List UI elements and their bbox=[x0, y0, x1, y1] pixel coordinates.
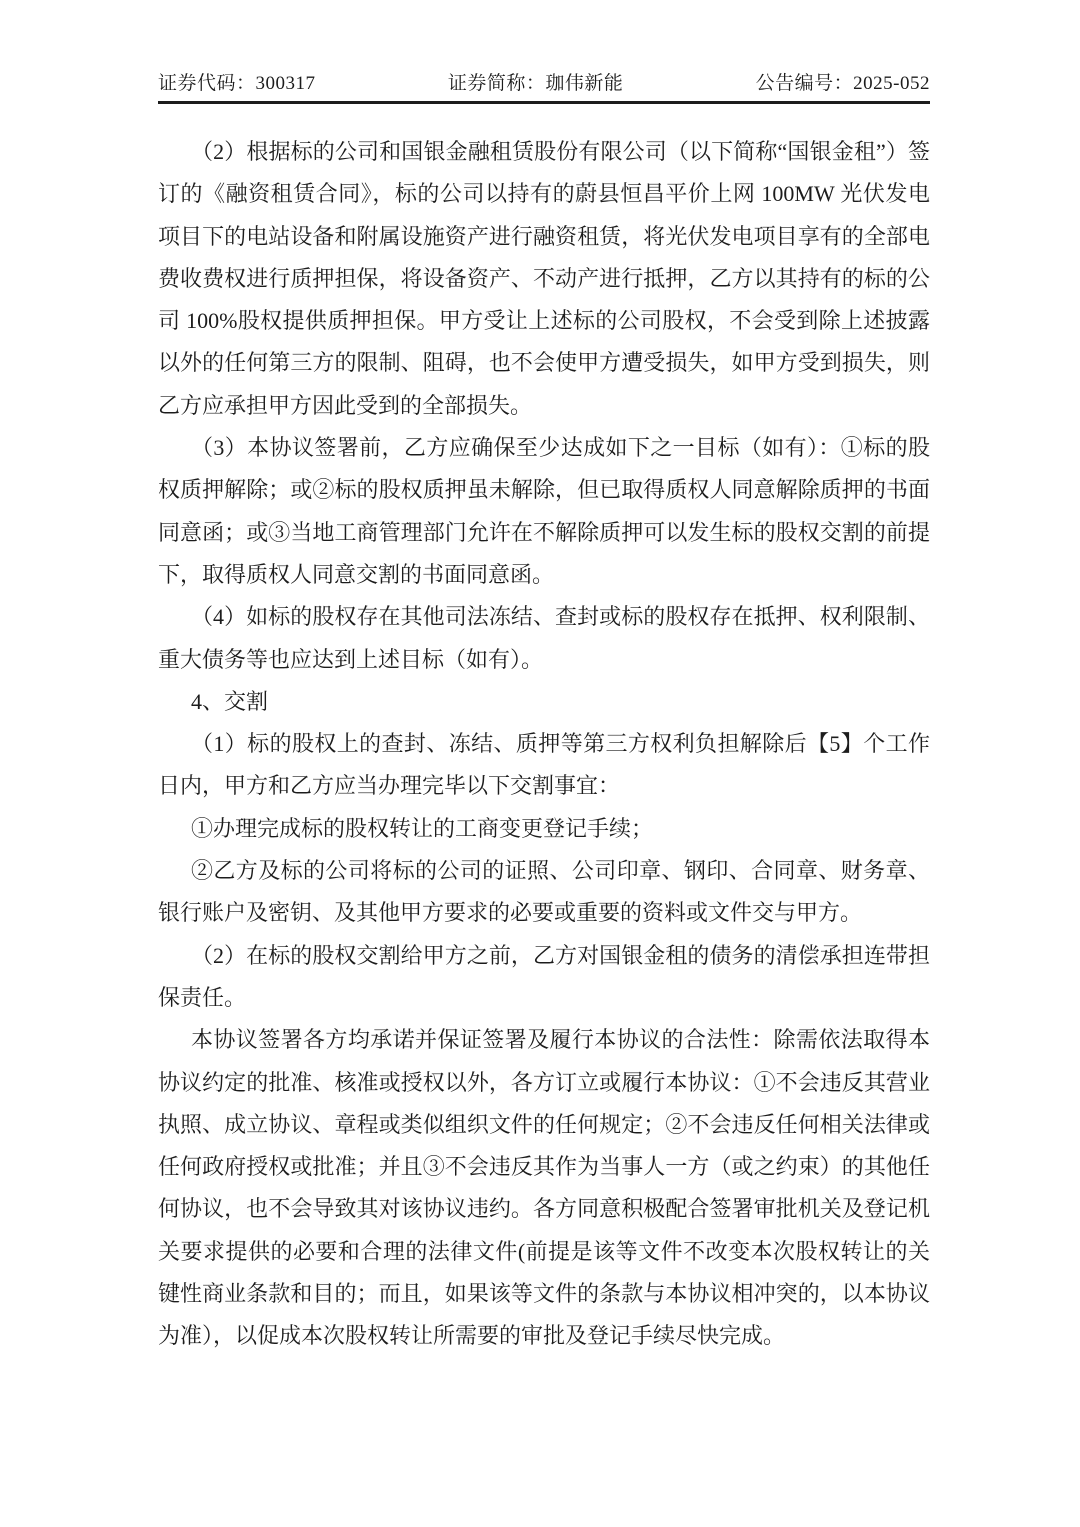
stock-name-value: 珈伟新能 bbox=[545, 73, 623, 94]
stock-code-value: 300317 bbox=[256, 73, 316, 94]
document-page: 证券代码：300317 证券简称：珈伟新能 公告编号：2025-052 （2）根… bbox=[0, 0, 1080, 1527]
announcement-number: 公告编号：2025-052 bbox=[756, 72, 930, 96]
paragraph-clause-2: （2）根据标的公司和国银金融租赁股份有限公司（以下简称“国银金租”）签订的《融资… bbox=[158, 131, 930, 427]
paragraph-legality-commitment: 本协议签署各方均承诺并保证签署及履行本协议的合法性：除需依法取得本协议约定的批准… bbox=[158, 1019, 930, 1357]
announcement-number-label: 公告编号： bbox=[756, 73, 854, 94]
stock-code: 证券代码：300317 bbox=[158, 72, 316, 96]
paragraph-delivery-2: （2）在标的股权交割给甲方之前，乙方对国银金租的债务的清偿承担连带担保责任。 bbox=[158, 935, 930, 1020]
page-content: 证券代码：300317 证券简称：珈伟新能 公告编号：2025-052 （2）根… bbox=[158, 0, 930, 1358]
paragraph-delivery-item-2: ②乙方及标的公司将标的公司的证照、公司印章、钢印、合同章、财务章、银行账户及密钥… bbox=[158, 850, 930, 935]
stock-name: 证券简称：珈伟新能 bbox=[448, 72, 624, 96]
paragraph-clause-3: （3）本协议签署前，乙方应确保至少达成如下之一目标（如有）：①标的股权质押解除；… bbox=[158, 427, 930, 596]
paragraph-delivery-item-1: ①办理完成标的股权转让的工商变更登记手续； bbox=[158, 808, 930, 850]
document-body: （2）根据标的公司和国银金融租赁股份有限公司（以下简称“国银金租”）签订的《融资… bbox=[158, 131, 930, 1358]
stock-name-label: 证券简称： bbox=[448, 73, 546, 94]
page-header: 证券代码：300317 证券简称：珈伟新能 公告编号：2025-052 bbox=[158, 0, 930, 104]
paragraph-section-4-title: 4、交割 bbox=[158, 681, 930, 723]
announcement-number-value: 2025-052 bbox=[853, 73, 930, 94]
paragraph-clause-4: （4）如标的股权存在其他司法冻结、查封或标的股权存在抵押、权利限制、重大债务等也… bbox=[158, 596, 930, 681]
stock-code-label: 证券代码： bbox=[158, 73, 256, 94]
paragraph-delivery-1: （1）标的股权上的查封、冻结、质押等第三方权利负担解除后【5】个工作日内，甲方和… bbox=[158, 723, 930, 808]
